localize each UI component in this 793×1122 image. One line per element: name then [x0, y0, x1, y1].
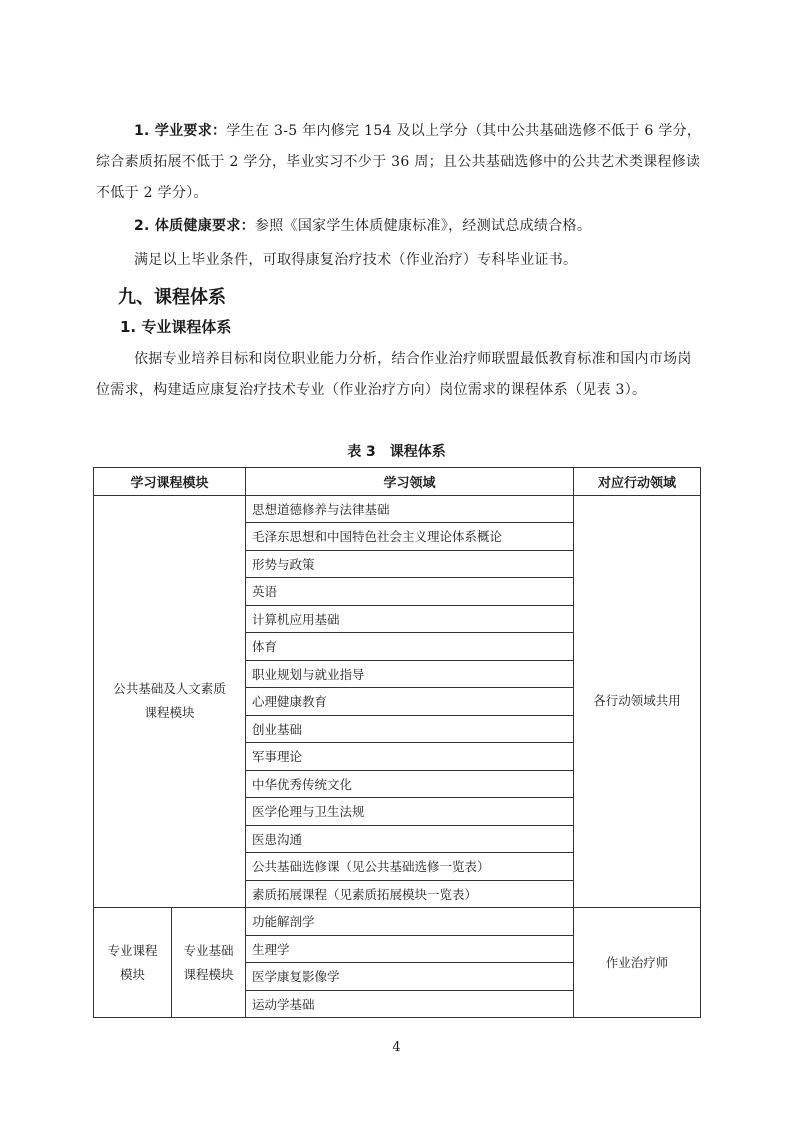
course-cell: 毛泽东思想和中国特色社会主义理论体系概论: [246, 523, 574, 551]
certificate-statement: 满足以上毕业条件，可取得康复治疗技术（作业治疗）专科毕业证书。: [134, 245, 704, 276]
table-header-row: 学习课程模块 学习领域 对应行动领域: [94, 468, 701, 496]
course-cell: 运动学基础: [246, 990, 574, 1018]
page-number: 4: [0, 1040, 793, 1055]
header-action: 对应行动领域: [574, 468, 701, 496]
table-row: 专业课程模块 专业基础课程模块 功能解剖学 作业治疗师: [94, 908, 701, 936]
submodule-cell-foundation: 专业基础课程模块: [172, 908, 246, 1018]
health-requirement-text: 参照《国家学生体质健康标准》，经测试总成绩合格。: [255, 218, 591, 234]
course-system-table: 学习课程模块 学习领域 对应行动领域 公共基础及人文素质课程模块 思想道德修养与…: [93, 467, 701, 1018]
course-cell: 生理学: [246, 935, 574, 963]
academic-requirement: 1. 学业要求：学生在 3-5 年内修完 154 及以上学分（其中公共基础选修不…: [96, 116, 702, 209]
action-cell-professional: 作业治疗师: [574, 908, 701, 1018]
course-cell: 医学康复影像学: [246, 963, 574, 991]
health-requirement: 2. 体质健康要求：参照《国家学生体质健康标准》，经测试总成绩合格。: [96, 211, 702, 242]
course-cell: 创业基础: [246, 715, 574, 743]
course-cell: 思想道德修养与法律基础: [246, 495, 574, 523]
course-cell: 中华优秀传统文化: [246, 770, 574, 798]
course-cell: 素质拓展课程（见素质拓展模块一览表）: [246, 880, 574, 908]
course-cell: 职业规划与就业指导: [246, 660, 574, 688]
health-requirement-label: 2. 体质健康要求：: [134, 218, 255, 234]
module-cell-general: 公共基础及人文素质课程模块: [94, 495, 246, 908]
course-cell: 计算机应用基础: [246, 605, 574, 633]
course-cell: 心理健康教育: [246, 688, 574, 716]
action-cell-general: 各行动领域共用: [574, 495, 701, 908]
subsection-heading: 1. 专业课程体系: [120, 316, 231, 337]
course-cell: 公共基础选修课（见公共基础选修一览表）: [246, 853, 574, 881]
academic-requirement-label: 1. 学业要求：: [134, 123, 226, 139]
table-caption: 表 3 课程体系: [0, 441, 793, 461]
section-intro: 依据专业培养目标和岗位职业能力分析，结合作业治疗师联盟最低教育标准和国内市场岗位…: [96, 344, 702, 406]
course-cell: 形势与政策: [246, 550, 574, 578]
course-cell: 医患沟通: [246, 825, 574, 853]
course-cell: 英语: [246, 578, 574, 606]
course-cell: 医学伦理与卫生法规: [246, 798, 574, 826]
module-cell-professional: 专业课程模块: [94, 908, 172, 1018]
header-module: 学习课程模块: [94, 468, 246, 496]
section-heading: 九、课程体系: [118, 283, 226, 309]
course-cell: 功能解剖学: [246, 908, 574, 936]
header-field: 学习领域: [246, 468, 574, 496]
course-cell: 军事理论: [246, 743, 574, 771]
table-row: 公共基础及人文素质课程模块 思想道德修养与法律基础 各行动领域共用: [94, 495, 701, 523]
course-cell: 体育: [246, 633, 574, 661]
